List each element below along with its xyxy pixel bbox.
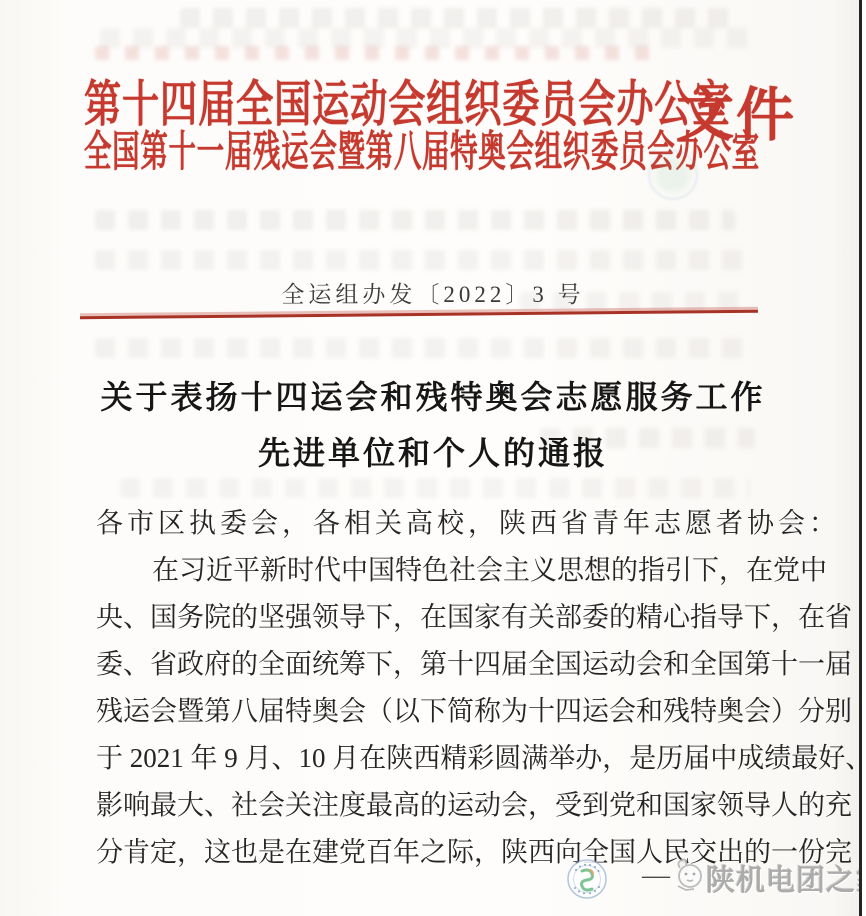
watermark-text: 陕机电团之家 [706,858,866,899]
mascot-watermark-icon [668,856,708,896]
bleed-through-text [95,338,750,358]
body-text-line: 委、省政府的全面统筹下，第十四届全国运动会和全国第十一届 [96,641,764,689]
bleed-through-text [120,478,750,498]
body-text-line: 在习近平新时代中国特色社会主义思想的指引下，在党中 [96,547,764,595]
bleed-through-text [180,8,740,28]
letterhead-document-label: 文件 [676,68,796,152]
document-body: 各市区执委会，各相关高校，陕西省青年志愿者协会： 在习近平新时代中国特色社会主义… [96,500,764,876]
body-text-line: 残运会暨第八届特奥会（以下简称为十四运会和残特奥会）分别 [96,688,764,736]
bleed-through-text [95,210,735,230]
body-text-line: 影响最大、社会关注度最高的运动会，受到党和国家领导人的充 [96,782,764,830]
letterhead-divider-rule [80,310,758,320]
body-text-line: 于 2021 年 9 月、10 月在陕西精彩圆满举办，是历届中成绩最好、 [96,735,764,783]
bleed-through-text [95,46,660,60]
page-edge-margin [862,0,866,916]
document-title-line1: 关于表扬十四运会和残特奥会志愿服务工作 [0,372,866,418]
document-number: 全运组办发〔2022〕3 号 [0,276,866,309]
bleed-through-text [100,28,760,48]
scanned-document-page: 第十四届全国运动会组织委员会办公室 全国第十一届残运会暨第八届特奥会组织委员会办… [0,0,866,916]
bleed-through-text [95,250,755,270]
salutation-line: 各市区执委会，各相关高校，陕西省青年志愿者协会： [96,500,764,548]
faint-emblem-watermark [648,150,698,200]
body-text-line: 央、国务院的坚强领导下，在国家有关部委的精心指导下，在省 [96,594,764,642]
games-emblem-logo [566,858,608,900]
document-title-line2: 先进单位和个人的通报 [0,428,866,474]
